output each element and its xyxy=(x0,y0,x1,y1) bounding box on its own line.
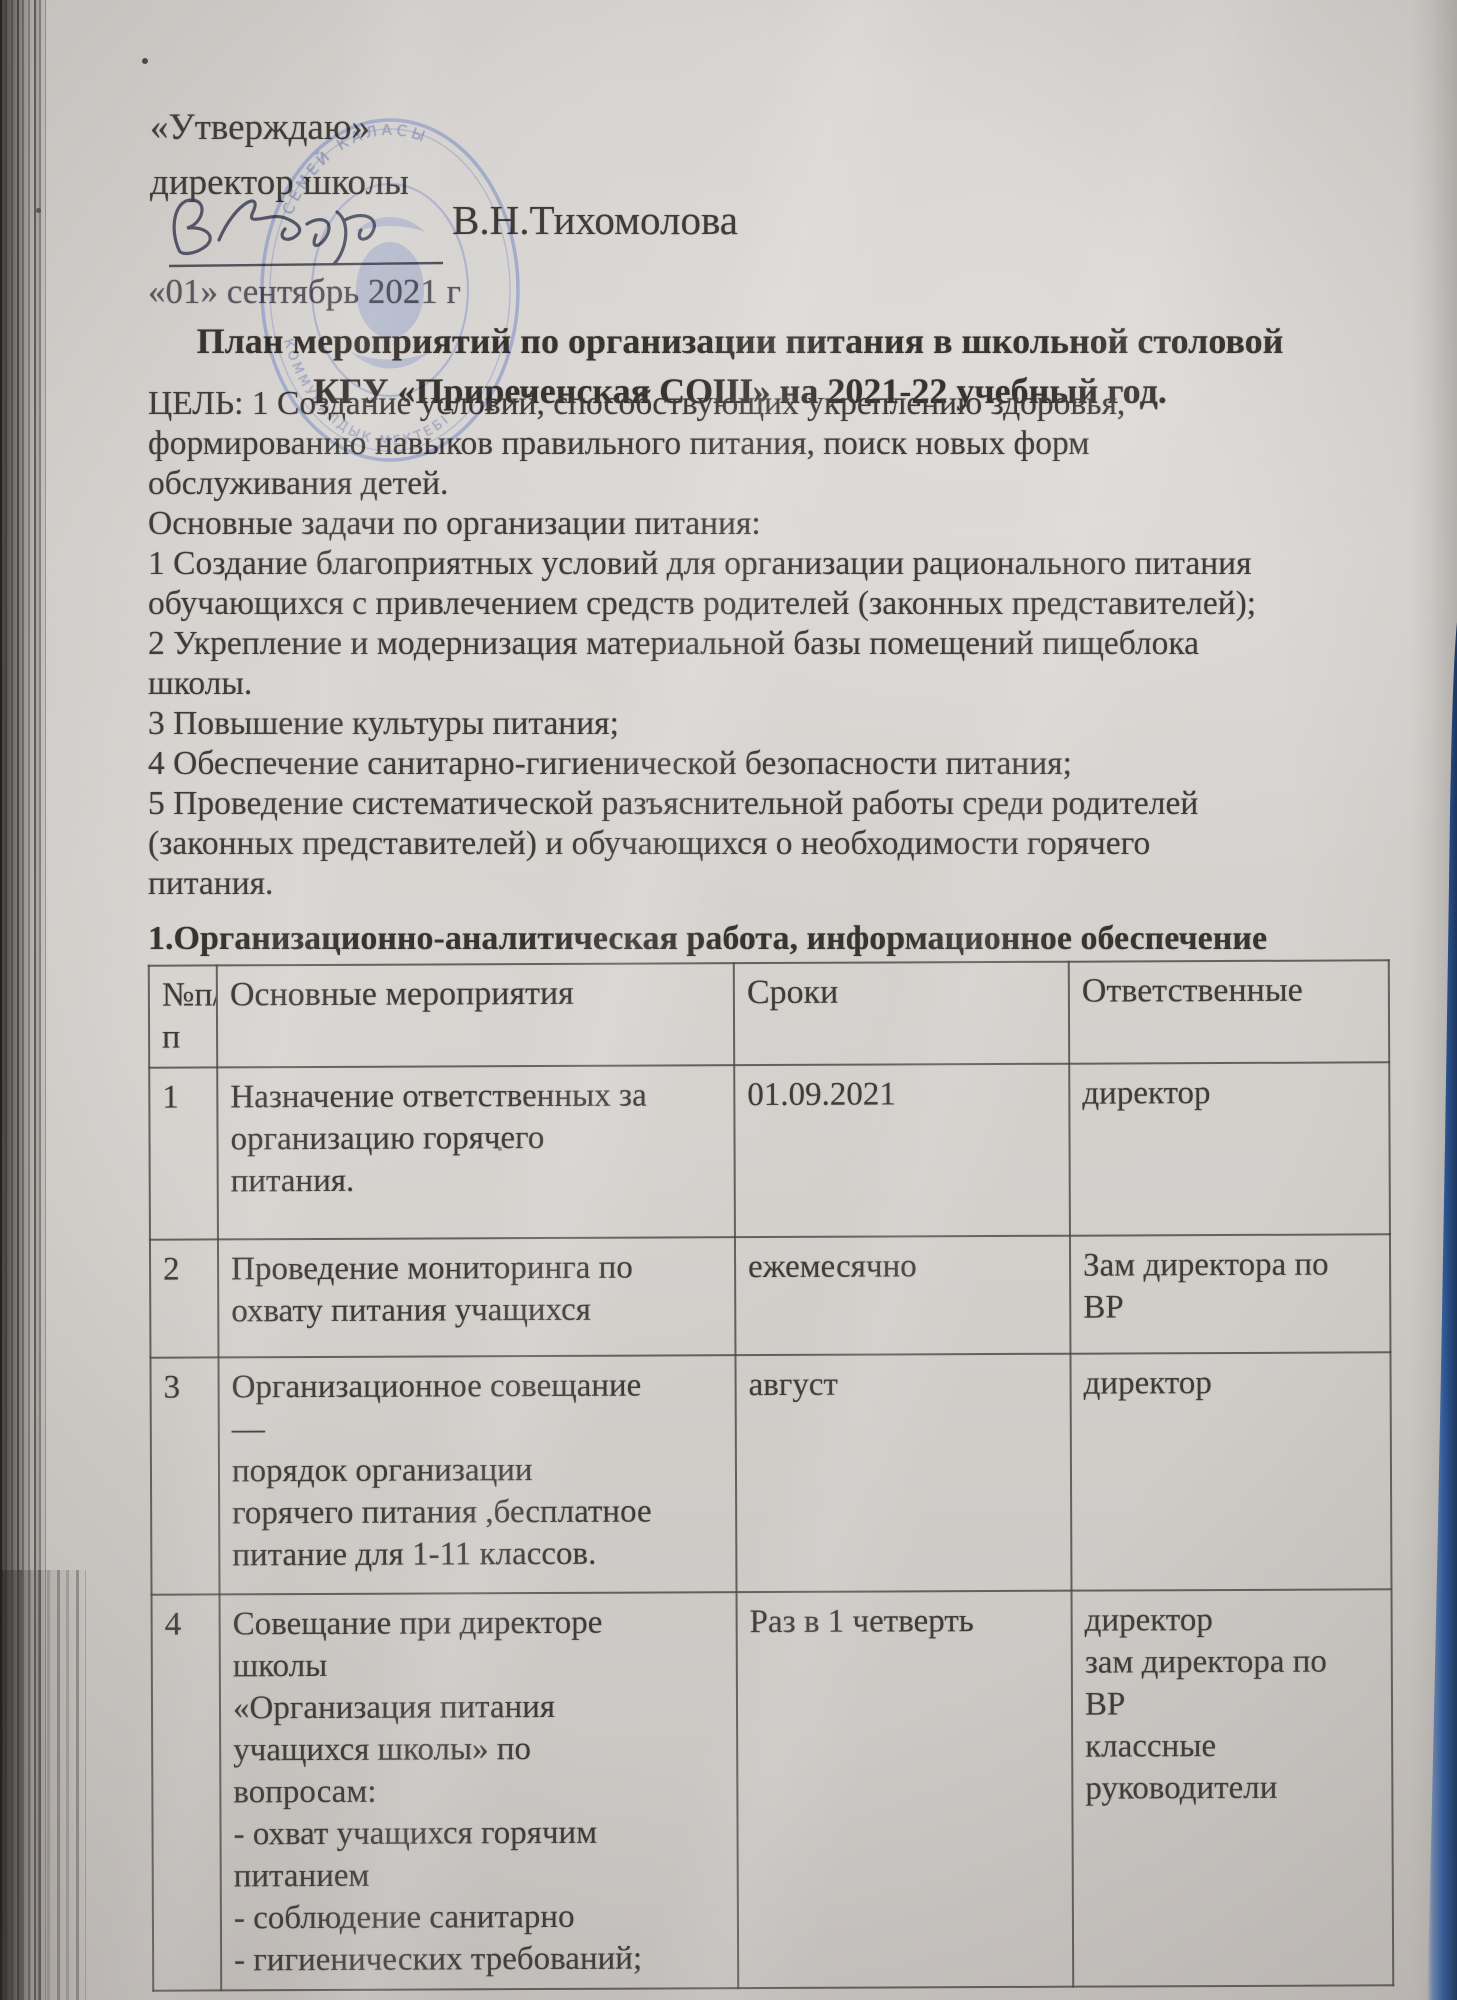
paragraph-task-5: 5 Проведение систематической разъяснител… xyxy=(148,784,1418,904)
cell-activity: Организационное совещание — порядок орга… xyxy=(218,1355,736,1594)
plan-table: №п/п Основные мероприятия Сроки Ответств… xyxy=(148,959,1394,1991)
cell-activity: Совещание при директоре школы «Организац… xyxy=(220,1592,739,1990)
col-header-activity: Основные мероприятия xyxy=(217,963,734,1067)
table-row: 1 Назначение ответственных за организаци… xyxy=(149,1062,1390,1239)
paragraph-task-2: 2 Укрепление и модернизация материальной… xyxy=(148,624,1418,704)
cell-term: 01.09.2021 xyxy=(734,1064,1070,1237)
col-header-responsible: Ответственные xyxy=(1069,960,1389,1063)
cell-num: 3 xyxy=(150,1357,219,1594)
cell-term: ежемесячно xyxy=(735,1236,1071,1355)
cell-term: август xyxy=(735,1354,1071,1592)
document-photo: «Утверждаю» директор школы В.Н.Тихомолов… xyxy=(0,0,1457,2000)
stamp-arc-text-top: СЕМЕЙ КАЛАСЫ xyxy=(279,121,431,217)
official-stamp-icon: СЕМЕЙ КАЛАСЫ КОММУНАЛДЫК МЕКТЕБІ xyxy=(255,112,525,472)
cell-responsible: директор xyxy=(1069,1062,1390,1235)
cell-num: 1 xyxy=(149,1067,218,1239)
stamp-arc-text-bottom: КОММУНАЛДЫК МЕКТЕБІ xyxy=(280,337,454,449)
cell-activity: Назначение ответственных за организацию … xyxy=(217,1065,735,1239)
cell-responsible: директор xyxy=(1070,1352,1391,1590)
cell-responsible: Зам директора по ВР xyxy=(1070,1234,1391,1353)
svg-text:СЕМЕЙ КАЛАСЫ: СЕМЕЙ КАЛАСЫ xyxy=(279,121,431,217)
page-content: «Утверждаю» директор школы В.Н.Тихомолов… xyxy=(0,0,1457,2000)
cell-num: 4 xyxy=(152,1594,222,1990)
paragraph-task-1: 1 Создание благоприятных условий для орг… xyxy=(148,544,1418,624)
cell-term: Раз в 1 четверть xyxy=(737,1591,1074,1988)
col-header-term: Сроки xyxy=(734,962,1069,1065)
section-heading: 1.Организационно-аналитическая работа, и… xyxy=(148,920,1418,958)
cell-responsible: директор зам директора по ВР классные ру… xyxy=(1072,1589,1394,1986)
table-row: 2 Проведение мониторинга по охвату питан… xyxy=(150,1234,1391,1357)
cell-activity: Проведение мониторинга по охвату питания… xyxy=(218,1237,736,1357)
table-row: 4 Совещание при директоре школы «Организ… xyxy=(152,1589,1394,1990)
svg-text:КОММУНАЛДЫК МЕКТЕБІ: КОММУНАЛДЫК МЕКТЕБІ xyxy=(280,337,454,449)
paragraph-task-4: 4 Обеспечение санитарно-гигиенической бе… xyxy=(148,744,1418,784)
paragraph-tasks-intro: Основные задачи по организации питания: xyxy=(148,504,1418,544)
table-header-row: №п/п Основные мероприятия Сроки Ответств… xyxy=(149,960,1389,1067)
paragraph-task-3: 3 Повышение культуры питания; xyxy=(148,704,1418,744)
table-row: 3 Организационное совещание — порядок ор… xyxy=(150,1352,1391,1594)
cell-num: 2 xyxy=(150,1239,219,1357)
col-header-num: №п/п xyxy=(149,965,217,1067)
